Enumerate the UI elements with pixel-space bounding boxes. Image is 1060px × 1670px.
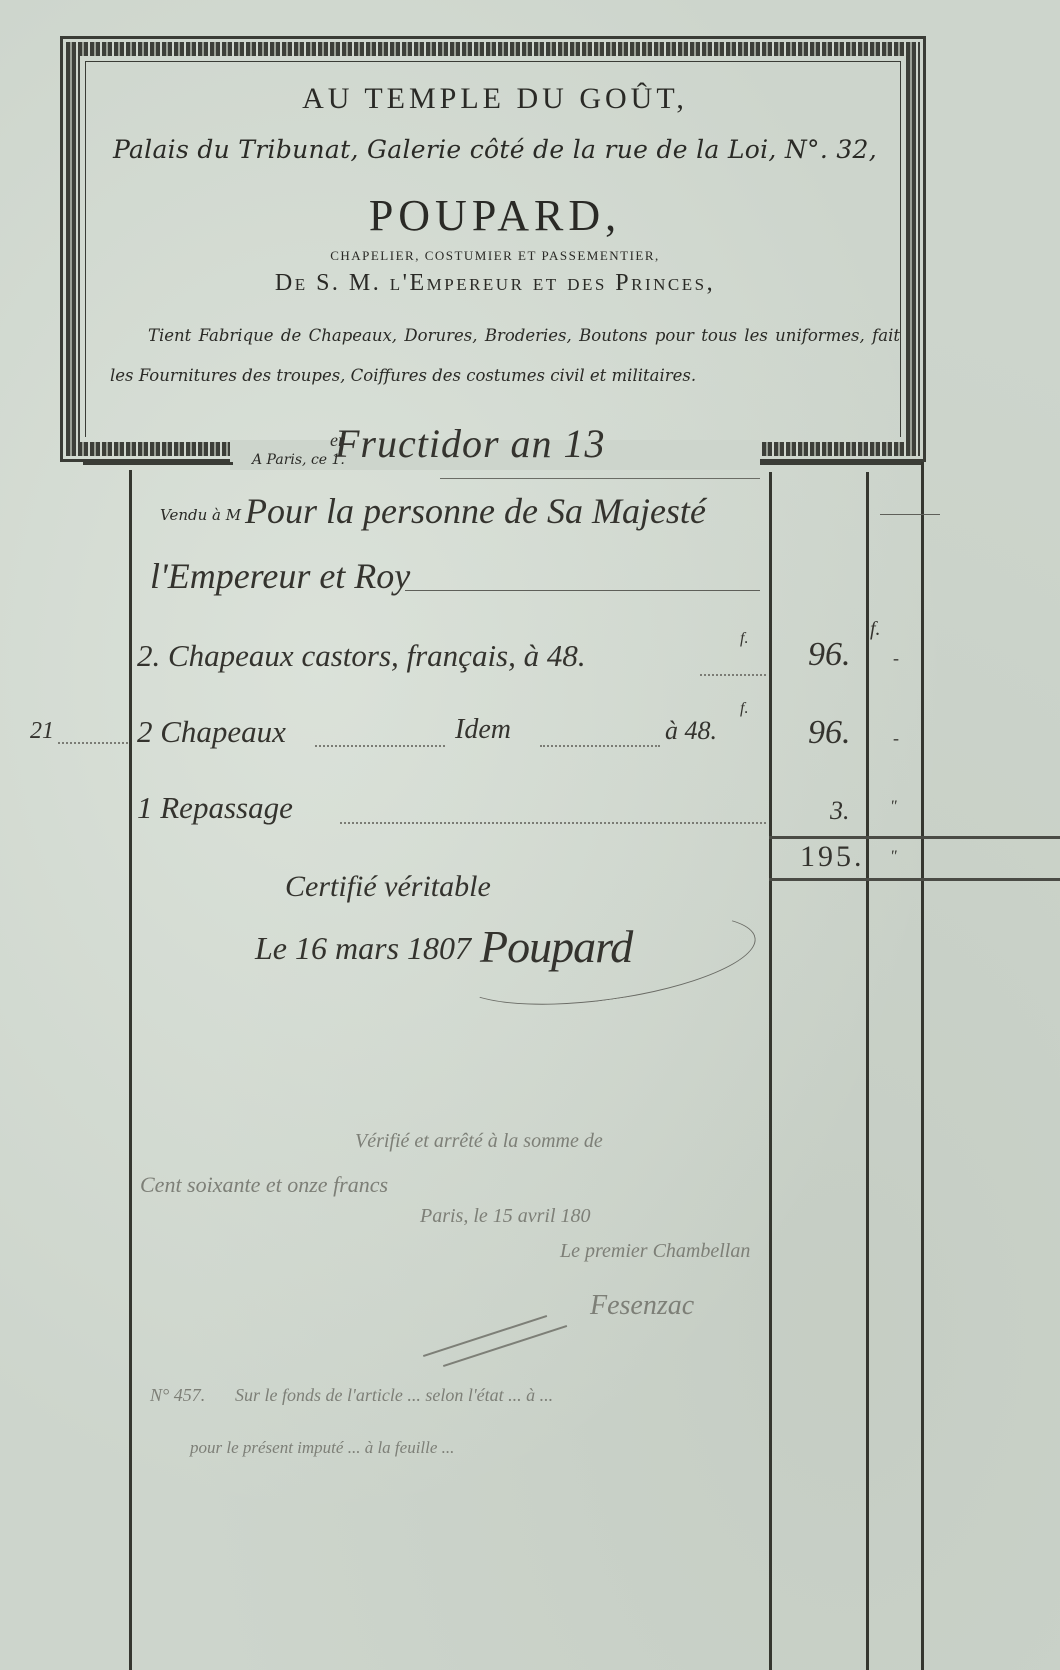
line-item-price: à 48. — [665, 716, 717, 746]
shop-title: AU TEMPLE DU GOÛT, — [85, 82, 905, 116]
official-title: Le premier Chambellan — [560, 1240, 750, 1263]
line-item-cents: " — [890, 798, 897, 816]
currency-unit-header: f. — [870, 618, 881, 641]
left-margin-rule — [129, 470, 132, 1670]
verification-place-date: Paris, le 15 avril 180 — [420, 1205, 591, 1228]
date-prefix: A Paris, ce 1. — [252, 452, 345, 468]
total-amount: 195. — [800, 840, 865, 874]
line-item-description: 2. Chapeaux castors, français, à 48. — [137, 638, 586, 674]
line-item-unit-sup: f. — [740, 630, 748, 648]
note-reference: N° 457. — [150, 1385, 205, 1406]
right-edge-rule — [921, 462, 924, 1670]
margin-note: 21 — [30, 718, 54, 745]
recipient-line-2: l'Empereur et Roy — [150, 555, 410, 597]
line-item-description: 1 Repassage — [137, 790, 293, 826]
line-item-amount: 3. — [830, 796, 850, 826]
line-item-unit-sup: f. — [740, 700, 748, 718]
shop-address: Palais du Tribunat, Galerie côté de la r… — [85, 135, 905, 164]
merchant-trades: CHAPELIER, COSTUMIER ET PASSEMENTIER, — [85, 248, 905, 264]
recipient-underline — [405, 590, 760, 591]
signature-flourish — [451, 897, 761, 1020]
note-line-2: pour le présent imputé ... à la feuille … — [190, 1438, 454, 1458]
dot-leader — [58, 742, 128, 744]
certification-line-1: Certifié véritable — [285, 870, 491, 904]
merchant-name: POUPARD, — [85, 190, 905, 241]
dot-leader — [700, 674, 766, 676]
royal-patronage: De S. M. l'Empereur et des Princes, — [85, 270, 905, 297]
dot-leader — [540, 745, 660, 747]
shop-description: Tient Fabrique de Chapeaux, Dorures, Bro… — [110, 316, 900, 396]
note-line-1: Sur le fonds de l'article ... selon l'ét… — [235, 1385, 553, 1406]
border-rule-left — [83, 462, 233, 465]
line-item-amount: 96. — [808, 636, 851, 674]
line-item-description: 2 Chapeaux — [137, 714, 286, 750]
total-bottom-rule — [769, 878, 1060, 881]
line-item-amount: 96. — [808, 714, 851, 752]
total-top-rule — [769, 836, 1060, 839]
amount-in-words: Cent soixante et onze francs — [140, 1172, 388, 1198]
dot-leader — [340, 822, 766, 824]
date-underline — [440, 478, 760, 479]
dot-leader — [315, 745, 445, 747]
date-handwritten: Fructidor an 13 — [335, 420, 606, 467]
pen-stroke — [880, 514, 940, 515]
line-item-cents: - — [893, 728, 899, 749]
border-rule-right — [760, 462, 923, 465]
amount-column-rule — [769, 472, 772, 1670]
sold-label: Vendu à M — [160, 506, 241, 524]
line-item-ditto: Idem — [455, 714, 511, 746]
total-cents: " — [890, 848, 897, 866]
signature-stroke — [443, 1325, 567, 1367]
line-item-cents: - — [893, 648, 899, 669]
official-signature: Fesenzac — [590, 1290, 694, 1322]
certification-date: Le 16 mars 1807 — [255, 930, 471, 967]
cents-column-rule — [866, 472, 869, 1670]
recipient-line-1: Pour la personne de Sa Majesté — [245, 490, 706, 532]
verification-note: Vérifié et arrêté à la somme de — [355, 1130, 603, 1153]
